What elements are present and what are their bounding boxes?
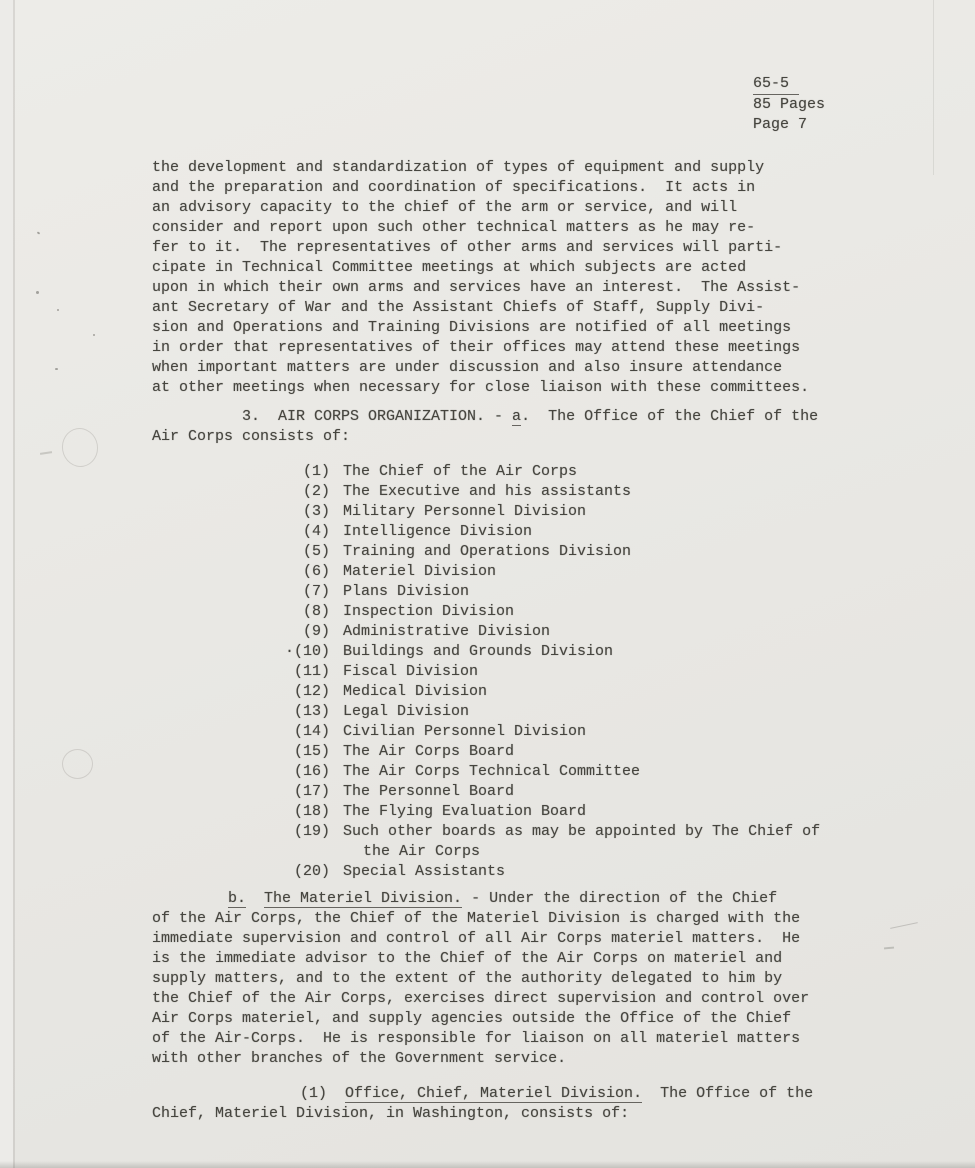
scan-edge-line	[13, 0, 15, 1168]
list-item-number: (17)	[150, 782, 330, 802]
list-item-text: The Personnel Board	[330, 782, 514, 802]
list-item: (9)Administrative Division	[150, 622, 820, 642]
list-item: (17)The Personnel Board	[150, 782, 820, 802]
scan-edge-strip	[0, 0, 13, 1168]
subparagraph-1-lead-text: The Office of the	[642, 1085, 813, 1102]
pencil-speck	[93, 334, 95, 336]
paragraph-continuation: the development and standardization of t…	[152, 158, 809, 398]
pencil-circle-mark	[62, 749, 93, 779]
section-3-title: 3. AIR CORPS ORGANIZATION. -	[242, 408, 512, 425]
text-line: the development and standardization of t…	[152, 158, 809, 178]
paragraph-b-lead-text: - Under the direction of the Chief	[462, 890, 777, 907]
section-3-heading-line: 3. AIR CORPS ORGANIZATION. - a. The Offi…	[152, 407, 818, 427]
text-line: consider and report upon such other tech…	[152, 218, 809, 238]
subparagraph-letter-a: a	[512, 408, 521, 426]
list-item-number: (3)	[150, 502, 330, 522]
pencil-circle-mark	[59, 425, 101, 470]
paragraph-b-heading-line: b.The Materiel Division. - Under the dir…	[152, 889, 809, 909]
text-line: the Chief of the Air Corps, exercises di…	[152, 989, 809, 1009]
list-item-text: Legal Division	[330, 702, 469, 722]
scan-fold-line	[933, 0, 934, 175]
pencil-speck	[57, 309, 59, 311]
section-3-lead-text: . The Office of the Chief of the	[521, 408, 818, 425]
text-line: fer to it. The representatives of other …	[152, 238, 809, 258]
list-item-text: Fiscal Division	[330, 662, 478, 682]
list-item-number: (14)	[150, 722, 330, 742]
list-item-number: (20)	[150, 862, 330, 882]
text-line: Air Corps consists of:	[152, 427, 818, 447]
text-line: Air Corps materiel, and supply agencies …	[152, 1009, 809, 1029]
text-line: Chief, Materiel Division, in Washington,…	[152, 1104, 813, 1124]
list-item: (7)Plans Division	[150, 582, 820, 602]
list-item-number: (8)	[150, 602, 330, 622]
pencil-scribble	[884, 947, 894, 949]
paragraph-b-heading: The Materiel Division.	[264, 890, 462, 908]
pencil-speck	[37, 231, 41, 234]
doc-number-line: 65-5	[753, 74, 825, 95]
list-item: (3)Military Personnel Division	[150, 502, 820, 522]
doc-pages-count: 85 Pages	[753, 95, 825, 115]
list-item: (8)Inspection Division	[150, 602, 820, 622]
list-item-text: the Air Corps	[330, 842, 480, 862]
list-item-text: The Air Corps Technical Committee	[330, 762, 640, 782]
text-line: is the immediate advisor to the Chief of…	[152, 949, 809, 969]
list-item: (5)Training and Operations Division	[150, 542, 820, 562]
section-3-heading: 3. AIR CORPS ORGANIZATION. - a. The Offi…	[152, 407, 818, 447]
text-line: and the preparation and coordination of …	[152, 178, 809, 198]
list-item-number: (16)	[150, 762, 330, 782]
list-item-number: (6)	[150, 562, 330, 582]
list-item-number: (15)	[150, 742, 330, 762]
text-line: cipate in Technical Committee meetings a…	[152, 258, 809, 278]
list-item-text: Plans Division	[330, 582, 469, 602]
list-item-number: (11)	[150, 662, 330, 682]
doc-reference-block: 65-5 85 Pages Page 7	[753, 74, 825, 135]
list-item-number: (9)	[150, 622, 330, 642]
org-list: (1)The Chief of the Air Corps (2)The Exe…	[150, 462, 820, 882]
list-item-number	[150, 842, 330, 862]
list-item: (16)The Air Corps Technical Committee	[150, 762, 820, 782]
list-item: (20)Special Assistants	[150, 862, 820, 882]
pencil-speck	[55, 368, 58, 370]
list-item-text: Intelligence Division	[330, 522, 532, 542]
text-line: sion and Operations and Training Divisio…	[152, 318, 809, 338]
list-item: (14)Civilian Personnel Division	[150, 722, 820, 742]
list-item: (19)Such other boards as may be appointe…	[150, 822, 820, 842]
list-item-number: (13)	[150, 702, 330, 722]
list-item-text: Medical Division	[330, 682, 487, 702]
text-line: an advisory capacity to the chief of the…	[152, 198, 809, 218]
text-line: of the Air-Corps. He is responsible for …	[152, 1029, 809, 1049]
list-item-text: The Flying Evaluation Board	[330, 802, 586, 822]
text-line: upon in which their own arms and service…	[152, 278, 809, 298]
scanned-document-page: 65-5 85 Pages Page 7 the development and…	[0, 0, 975, 1168]
list-item: (4)Intelligence Division	[150, 522, 820, 542]
list-item: (18)The Flying Evaluation Board	[150, 802, 820, 822]
text-line: of the Air Corps, the Chief of the Mater…	[152, 909, 809, 929]
list-item: (13)Legal Division	[150, 702, 820, 722]
list-item-number: (18)	[150, 802, 330, 822]
list-item-number: ·(10)	[150, 642, 330, 662]
paragraph-b: b.The Materiel Division. - Under the dir…	[152, 889, 809, 1069]
list-item: ·(10)Buildings and Grounds Division	[150, 642, 820, 662]
list-item-text: Special Assistants	[330, 862, 505, 882]
list-item-continuation: the Air Corps	[150, 842, 820, 862]
pencil-dash	[40, 451, 52, 454]
list-item-text: The Air Corps Board	[330, 742, 514, 762]
list-item-text: The Chief of the Air Corps	[330, 462, 577, 482]
scan-bottom-shadow	[0, 1161, 975, 1168]
subparagraph-1: (1)Office, Chief, Materiel Division. The…	[152, 1084, 813, 1124]
list-item-text: Such other boards as may be appointed by…	[330, 822, 820, 842]
text-line: ant Secretary of War and the Assistant C…	[152, 298, 809, 318]
list-item: (1)The Chief of the Air Corps	[150, 462, 820, 482]
text-line: immediate supervision and control of all…	[152, 929, 809, 949]
pencil-speck	[36, 291, 39, 294]
doc-number: 65-5	[753, 74, 799, 95]
subparagraph-1-heading-line: (1)Office, Chief, Materiel Division. The…	[152, 1084, 813, 1104]
list-item-text: Civilian Personnel Division	[330, 722, 586, 742]
list-item-number: (4)	[150, 522, 330, 542]
list-item-number: (7)	[150, 582, 330, 602]
subparagraph-1-number: (1)	[300, 1085, 327, 1102]
paragraph-b-letter: b.	[228, 890, 246, 908]
list-item-number: (19)	[150, 822, 330, 842]
text-line: supply matters, and to the extent of the…	[152, 969, 809, 989]
list-item: (15)The Air Corps Board	[150, 742, 820, 762]
list-item-number: (1)	[150, 462, 330, 482]
list-item: (6)Materiel Division	[150, 562, 820, 582]
text-line: in order that representatives of their o…	[152, 338, 809, 358]
text-line: at other meetings when necessary for clo…	[152, 378, 809, 398]
list-item-text: Training and Operations Division	[330, 542, 631, 562]
list-item-text: The Executive and his assistants	[330, 482, 631, 502]
list-item-text: Inspection Division	[330, 602, 514, 622]
list-item-text: Military Personnel Division	[330, 502, 586, 522]
list-item-number: (2)	[150, 482, 330, 502]
list-item-number: (12)	[150, 682, 330, 702]
list-item-text: Administrative Division	[330, 622, 550, 642]
list-item-number: (5)	[150, 542, 330, 562]
list-item-text: Buildings and Grounds Division	[330, 642, 613, 662]
pencil-scribble	[890, 922, 918, 929]
subparagraph-1-heading: Office, Chief, Materiel Division.	[345, 1085, 642, 1103]
list-item: (12)Medical Division	[150, 682, 820, 702]
text-line: with other branches of the Government se…	[152, 1049, 809, 1069]
list-item: (11)Fiscal Division	[150, 662, 820, 682]
list-item: (2)The Executive and his assistants	[150, 482, 820, 502]
text-line: when important matters are under discuss…	[152, 358, 809, 378]
doc-page-number: Page 7	[753, 115, 825, 135]
list-item-text: Materiel Division	[330, 562, 496, 582]
